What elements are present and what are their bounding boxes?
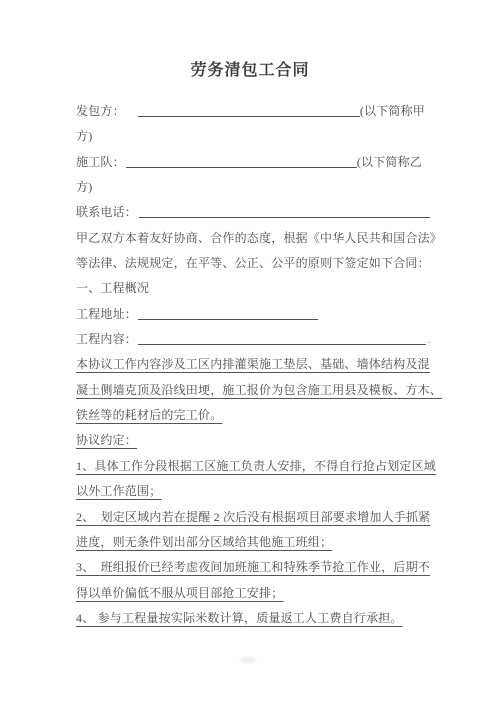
scope-line-3: 铁丝等的耗材后的完工价。 xyxy=(76,403,440,428)
party-a-fill-line xyxy=(138,102,360,117)
clause-1-line-2: 以外工作范围； xyxy=(76,479,440,504)
stray-ink-mark: . xyxy=(428,335,431,346)
party-b-fill-line xyxy=(126,153,357,168)
project-address-row: 工程地址： xyxy=(76,302,440,327)
clause-2-line-1: 2、 划定区域内若在提醒 2 次后没有根据项目部要求增加人手抓紧 xyxy=(76,505,440,530)
party-b-label: 施工队： xyxy=(76,155,125,169)
document-title: 劳务清包工合同 xyxy=(0,57,500,80)
preamble-line-1: 甲乙双方本着友好协商、合作的态度，根据《中华人民共和国合法》 xyxy=(76,226,440,251)
phone-label: 联系电话： xyxy=(76,205,137,219)
clause-4-line-1: 4、 参与工程量按实际米数计算，质量返工人工费自行承担。 xyxy=(76,606,440,631)
phone-row: 联系电话： xyxy=(76,200,440,225)
project-address-label: 工程地址： xyxy=(76,307,137,321)
party-a-suffix: (以下简称甲 xyxy=(360,104,425,118)
clause-3-line-2: 得以单价偏低不服从项目部抢工安排； xyxy=(76,581,440,606)
project-content-label: 工程内容： xyxy=(76,332,137,346)
phone-fill-line xyxy=(139,203,430,218)
preamble-line-2: 等法律、法规规定，在平等、公正、公平的原则下签定如下合同： xyxy=(76,251,440,276)
project-address-fill-line xyxy=(138,305,318,320)
party-b-suffix: (以下简称乙 xyxy=(357,155,422,169)
party-b-row: 施工队：(以下简称乙 xyxy=(76,150,440,175)
project-content-row: 工程内容：. xyxy=(76,327,440,352)
clause-1-line-1: 1、具体工作分段根据工区施工负责人安排，不得自行抢占划定区域 xyxy=(76,454,440,479)
document-body: 发包方：(以下简称甲 方) 施工队：(以下简称乙 方) 联系电话： 甲乙双方本着… xyxy=(76,99,440,631)
contract-page: 劳务清包工合同 发包方：(以下简称甲 方) 施工队：(以下简称乙 方) 联系电话… xyxy=(0,0,500,708)
scope-line-2: 凝土侧墙克顶及沿线田埂，施工报价为包含施工用县及模板、方木、 xyxy=(76,378,440,403)
party-a-row: 发包方：(以下简称甲 xyxy=(76,99,440,124)
section-overview-heading: 一、工程概况 xyxy=(76,276,440,301)
project-content-fill-line xyxy=(138,330,426,345)
party-a-suffix-wrap: 方) xyxy=(76,124,440,149)
scope-line-1: 本协议工作内容涉及工区内排灌渠施工垫层、基础、墙体结构及混 xyxy=(76,352,440,377)
agreement-heading: 协议约定： xyxy=(76,428,440,453)
party-b-suffix-wrap: 方) xyxy=(76,175,440,200)
clause-3-line-1: 3、 班组报价已经考虑夜间加班施工和特殊季节抢工作业，后期不 xyxy=(76,555,440,580)
party-a-label: 发包方： xyxy=(76,104,125,118)
clause-2-line-2: 进度，则无条件划出部分区域给其他施工班组； xyxy=(76,530,440,555)
scan-smudge-artifact xyxy=(240,657,256,663)
